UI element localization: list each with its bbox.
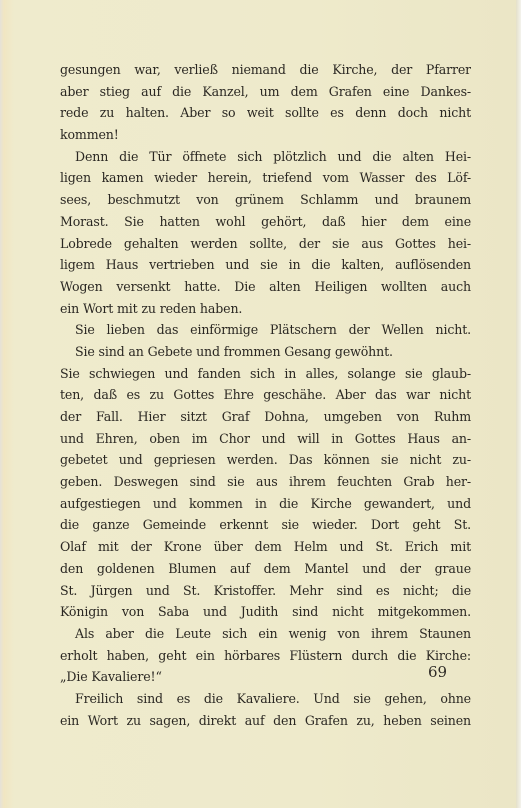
paragraph-first-line: Sie lieben das einförmige Plätschern der… — [60, 319, 471, 341]
text-line: Morast. Sie hatten wohl gehört, daß hier… — [60, 211, 471, 233]
text-line: Lobrede gehalten werden sollte, der sie … — [60, 233, 471, 255]
text-line: ein Wort zu sagen, direkt auf den Grafen… — [60, 710, 471, 732]
text-line: erholt haben, geht ein hörbares Flüstern… — [60, 645, 471, 667]
text-line: Königin von Saba und Judith sind nicht m… — [60, 601, 471, 623]
text-line: der Fall. Hier sitzt Graf Dohna, umgeben… — [60, 406, 471, 428]
paragraph-first-line: Denn die Tür öffnete sich plötzlich und … — [60, 146, 471, 168]
text-line: gebetet und gepriesen werden. Das können… — [60, 449, 471, 471]
book-page: gesungen war, verließ niemand die Kirche… — [0, 0, 516, 808]
page-number: 69 — [428, 663, 447, 681]
text-line: Sie schwiegen und fanden sich in alles, … — [60, 363, 471, 385]
text-line: kommen! — [60, 124, 471, 146]
text-line: sees, beschmutzt von grünem Schlamm und … — [60, 189, 471, 211]
paragraph-first-line: Als aber die Leute sich ein wenig von ih… — [60, 623, 471, 645]
text-line: gesungen war, verließ niemand die Kirche… — [60, 59, 471, 81]
page-edge — [516, 0, 521, 808]
text-line: und Ehren, oben im Chor und will in Gott… — [60, 428, 471, 450]
text-line: geben. Deswegen sind sie aus ihrem feuch… — [60, 471, 471, 493]
text-line: ligen kamen wieder herein, triefend vom … — [60, 167, 471, 189]
paragraph-first-line: Freilich sind es die Kavaliere. Und sie … — [60, 688, 471, 710]
body-text: gesungen war, verließ niemand die Kirche… — [60, 59, 471, 731]
text-line: ten, daß es zu Gottes Ehre geschähe. Abe… — [60, 384, 471, 406]
text-line: aufgestiegen und kommen in die Kirche ge… — [60, 493, 471, 515]
text-line: ligem Haus vertrieben und sie in die kal… — [60, 254, 471, 276]
text-line: St. Jürgen und St. Kristoffer. Mehr sind… — [60, 580, 471, 602]
text-line: „Die Kavaliere!“ — [60, 666, 471, 688]
text-line: ein Wort mit zu reden haben. — [60, 298, 471, 320]
text-line: Wogen versenkt hatte. Die alten Heiligen… — [60, 276, 471, 298]
text-line: aber stieg auf die Kanzel, um dem Grafen… — [60, 81, 471, 103]
text-line: Olaf mit der Krone über dem Helm und St.… — [60, 536, 471, 558]
text-line: den goldenen Blumen auf dem Mantel und d… — [60, 558, 471, 580]
text-line: rede zu halten. Aber so weit sollte es d… — [60, 102, 471, 124]
text-line: die ganze Gemeinde erkennt sie wieder. D… — [60, 514, 471, 536]
paragraph-first-line: Sie sind an Gebete und frommen Gesang ge… — [60, 341, 471, 363]
